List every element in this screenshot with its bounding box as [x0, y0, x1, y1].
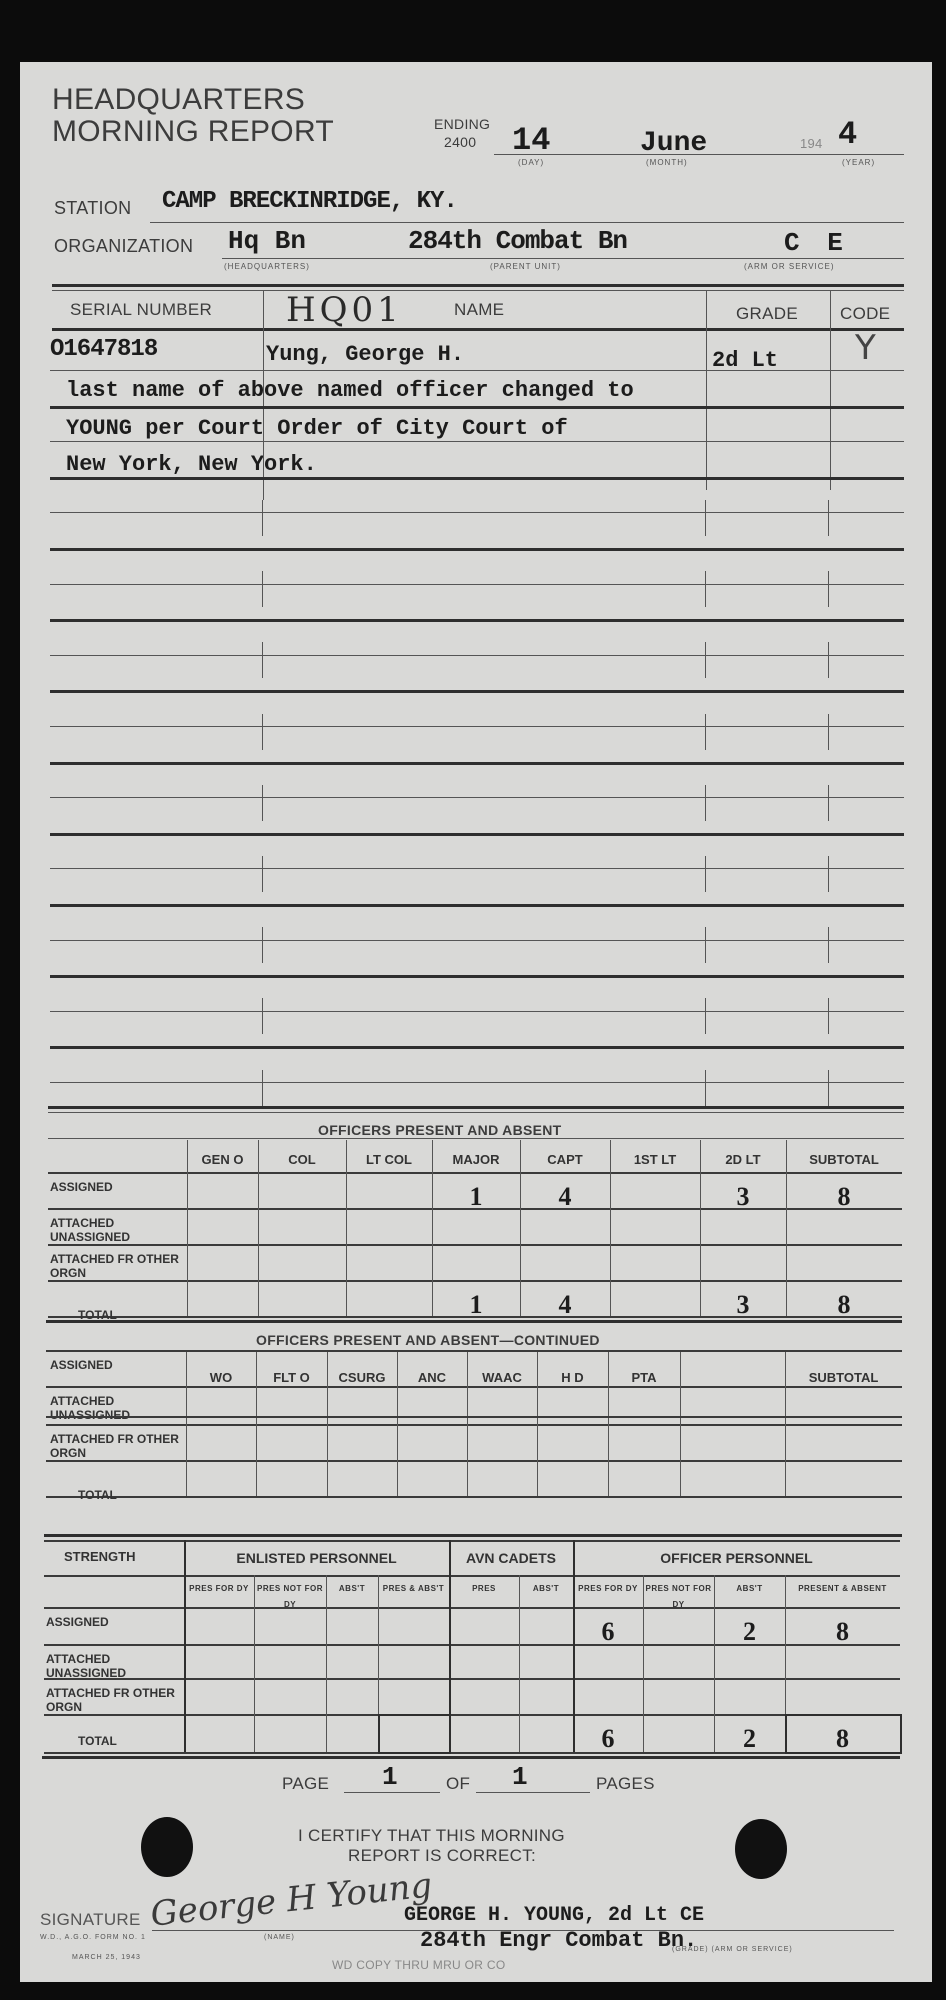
grade-divider: [706, 290, 707, 490]
page-number-line: [344, 1792, 440, 1793]
ruled-line: [50, 655, 904, 656]
officers-row-label: ATTACHED FR OTHER ORGN: [50, 1252, 183, 1280]
officers-top-rule: [48, 1106, 904, 1109]
day-value: 14: [512, 122, 550, 159]
officers-cell-value: 3: [700, 1290, 786, 1320]
parent-unit-value: 284th Combat Bn: [408, 226, 627, 256]
certify-line-2: REPORT IS CORRECT:: [348, 1846, 536, 1866]
of-label: OF: [446, 1774, 470, 1794]
ruled-line: [50, 833, 904, 836]
column-divider: [828, 714, 829, 750]
page-number: 1: [382, 1762, 398, 1792]
strength-top-rule: [44, 1540, 900, 1542]
column-divider: [262, 856, 263, 892]
officers-col-header: GEN O: [187, 1152, 258, 1167]
strength-group-header: AVN CADETS: [449, 1550, 573, 1566]
officers-continued-bottom-rule: [44, 1534, 902, 1537]
year-prefix: 194: [800, 136, 823, 151]
officers-row-rule: [48, 1172, 902, 1174]
officer-total-box: [785, 1714, 902, 1754]
ruled-line: [50, 477, 904, 480]
strength-label: STRENGTH: [64, 1550, 136, 1564]
station-line: [150, 222, 904, 223]
ruled-line: [50, 797, 904, 798]
strength-row-label: ASSIGNED: [46, 1615, 176, 1629]
strength-row-label: TOTAL: [78, 1734, 208, 1748]
officers-table-title: OFFICERS PRESENT AND ABSENT: [318, 1122, 562, 1138]
ruled-line: [50, 1046, 904, 1049]
pages-label: PAGES: [596, 1774, 655, 1794]
form-title-line2: MORNING REPORT: [52, 116, 334, 148]
column-divider: [262, 642, 263, 678]
strength-col-divider: [326, 1575, 327, 1752]
officers-continued-col-header: CSURG: [327, 1370, 397, 1385]
headquarters-value: Hq Bn: [228, 226, 306, 256]
year-digit: 4: [838, 116, 857, 153]
enlisted-total-box: [378, 1714, 451, 1754]
ruled-line: [50, 690, 904, 693]
ending-label: ENDING: [434, 116, 490, 132]
officers-cell-value: 1: [432, 1290, 520, 1320]
ruled-line: [50, 1082, 904, 1083]
strength-col-header: PRESENT & ABSENT: [785, 1581, 900, 1597]
month-caption: (MONTH): [646, 158, 688, 167]
entry-serial: O1647818: [50, 336, 157, 363]
name-caption: (NAME): [264, 1934, 295, 1941]
month-value: June: [640, 128, 707, 159]
strength-group-header: OFFICER PERSONNEL: [573, 1550, 900, 1566]
strength-col-header: ABS'T: [714, 1581, 785, 1597]
signer-unit: 284th Engr Combat Bn.: [420, 1928, 697, 1953]
column-divider: [705, 927, 706, 963]
officers-continued-col-header: H D: [537, 1370, 608, 1385]
officers-row-rule: [48, 1244, 902, 1246]
strength-cell-value: 2: [714, 1617, 785, 1647]
column-divider: [262, 571, 263, 607]
officers-row-label: ATTACHED UNASSIGNED: [50, 1216, 183, 1244]
officers-continued-col-header: PTA: [608, 1370, 680, 1385]
signature-label: SIGNATURE: [40, 1910, 141, 1930]
officers-continued-col-header: SUBTOTAL: [785, 1370, 902, 1385]
entry-code: Y: [855, 328, 876, 368]
strength-col-header: PRES FOR DY: [573, 1581, 643, 1597]
strength-col-divider: [519, 1575, 520, 1752]
ruled-line: [50, 441, 904, 442]
strength-col-header: PRES NOT FOR DY: [254, 1581, 326, 1613]
header-bottom-rule: [52, 328, 904, 331]
officers-col-header: LT COL: [346, 1152, 432, 1167]
officers-continued-row-label: ASSIGNED: [50, 1358, 182, 1372]
column-divider: [705, 714, 706, 750]
form-date: MARCH 25, 1943: [72, 1954, 141, 1961]
arm-service-caption: (ARM OR SERVICE): [744, 262, 835, 271]
officers-row-rule: [48, 1280, 902, 1282]
col-serial-number: SERIAL NUMBER: [70, 300, 212, 320]
officers-cell-value: 1: [432, 1182, 520, 1212]
code-divider: [830, 290, 831, 490]
entry-name: Yung, George H.: [266, 342, 464, 367]
officers-bottom-rule: [46, 1320, 902, 1323]
organization-label: ORGANIZATION: [54, 236, 193, 257]
strength-row-label: ATTACHED UNASSIGNED: [46, 1652, 176, 1680]
strength-row-label: ATTACHED FR OTHER ORGN: [46, 1686, 176, 1714]
column-divider: [828, 927, 829, 963]
form-title-line1: HEADQUARTERS: [52, 84, 305, 116]
column-divider: [828, 998, 829, 1034]
officers-continued-row-rule: [46, 1424, 902, 1426]
ruled-line: [50, 762, 904, 765]
serial-divider: [263, 290, 264, 500]
strength-bottom-rule: [42, 1756, 900, 1759]
column-divider: [705, 500, 706, 536]
strength-group-rule: [44, 1575, 900, 1577]
strength-col-header: PRES: [449, 1581, 519, 1597]
officers-continued-row-rule: [46, 1386, 902, 1388]
headquarters-caption: (HEADQUARTERS): [224, 262, 310, 271]
column-divider: [705, 998, 706, 1034]
strength-cell-value: 6: [573, 1617, 643, 1647]
officers-continued-col-header: WAAC: [467, 1370, 537, 1385]
officers-col-header: MAJOR: [432, 1152, 520, 1167]
column-divider: [705, 856, 706, 892]
arm-service-value: C E: [784, 228, 849, 258]
parent-unit-caption: (PARENT UNIT): [490, 262, 561, 271]
officers-cell-value: 8: [786, 1290, 902, 1320]
column-divider: [262, 998, 263, 1034]
copy-note: WD COPY THRU MRU OR CO: [332, 1958, 506, 1972]
strength-col-divider: [184, 1540, 186, 1752]
ruled-line: [50, 370, 904, 371]
officers-continued-row-rule: [46, 1350, 902, 1352]
strength-row-rule: [44, 1607, 900, 1609]
total-pages: 1: [512, 1762, 528, 1792]
officers-continued-col-header: ANC: [397, 1370, 467, 1385]
column-divider: [705, 1070, 706, 1106]
form-number: W.D., A.G.O. FORM NO. 1: [40, 1934, 146, 1941]
ruled-line: [50, 548, 904, 551]
officers-col-header: COL: [258, 1152, 346, 1167]
officers-col-header: 2D LT: [700, 1152, 786, 1167]
certify-line-1: I CERTIFY THAT THIS MORNING: [298, 1826, 565, 1846]
column-divider: [262, 785, 263, 821]
officers-continued-col-header: FLT O: [256, 1370, 327, 1385]
column-divider: [828, 785, 829, 821]
officers-continued-header-rule: [46, 1416, 902, 1418]
column-divider: [705, 571, 706, 607]
punch-hole-left: [141, 1817, 193, 1877]
officers-title-rule: [48, 1138, 904, 1139]
strength-row-rule: [44, 1714, 900, 1716]
strength-col-header: ABS'T: [326, 1581, 378, 1597]
station-value: CAMP BRECKINRIDGE, KY.: [162, 188, 457, 215]
strength-cell-value: 2: [714, 1724, 785, 1754]
officers-row-label: ASSIGNED: [50, 1180, 183, 1194]
col-grade: GRADE: [736, 304, 798, 324]
remark-line-2: YOUNG per Court Order of City Court of: [66, 416, 568, 441]
officers-col-header: 1ST LT: [610, 1152, 700, 1167]
column-divider: [828, 856, 829, 892]
year-caption: (YEAR): [842, 158, 875, 167]
signer-typed-name: GEORGE H. YOUNG, 2d Lt CE: [404, 1904, 704, 1927]
officers-col-header: CAPT: [520, 1152, 610, 1167]
officers-continued-col-header: WO: [186, 1370, 256, 1385]
column-divider: [262, 1070, 263, 1106]
officers-top-rule-thin: [48, 1112, 904, 1113]
ruled-line: [50, 904, 904, 907]
column-divider: [262, 927, 263, 963]
strength-col-header: PRES FOR DY: [184, 1581, 254, 1597]
strength-cell-value: 6: [573, 1724, 643, 1754]
ruled-line: [50, 975, 904, 978]
column-divider: [705, 785, 706, 821]
column-divider: [828, 500, 829, 536]
column-divider: [262, 714, 263, 750]
column-divider: [828, 642, 829, 678]
page-label: PAGE: [282, 1774, 329, 1794]
strength-cell-value: 8: [785, 1617, 900, 1647]
officers-col-header: SUBTOTAL: [786, 1152, 902, 1167]
officers-cell-value: 4: [520, 1290, 610, 1320]
ruled-line: [50, 940, 904, 941]
ruled-line: [50, 406, 904, 409]
officers-cell-value: 8: [786, 1182, 902, 1212]
column-divider: [828, 571, 829, 607]
entries-top-rule-thin: [52, 290, 904, 291]
ruled-line: [50, 512, 904, 513]
column-divider: [828, 1070, 829, 1106]
handwritten-hq-note: HQ01: [286, 290, 403, 330]
col-code: CODE: [840, 304, 890, 324]
strength-col-header: ABS'T: [519, 1581, 573, 1597]
ruled-line: [50, 584, 904, 585]
ruled-line: [50, 868, 904, 869]
strength-col-header: PRES & ABS'T: [378, 1581, 449, 1597]
strength-group-header: ENLISTED PERSONNEL: [184, 1550, 449, 1566]
column-divider: [705, 642, 706, 678]
total-pages-line: [476, 1792, 590, 1793]
day-caption: (DAY): [518, 158, 544, 167]
remark-line-1: last name of above named officer changed…: [66, 378, 634, 403]
col-name: NAME: [454, 300, 504, 320]
ruled-line: [50, 1011, 904, 1012]
entries-top-rule: [52, 284, 904, 287]
officers-continued-title: OFFICERS PRESENT AND ABSENT—CONTINUED: [256, 1332, 600, 1348]
officers-continued-col-divider: [680, 1352, 681, 1496]
officers-continued-row-label: TOTAL: [78, 1488, 210, 1502]
officers-continued-row-label: ATTACHED FR OTHER ORGN: [50, 1432, 182, 1460]
punch-hole-right: [735, 1819, 787, 1879]
officers-cell-value: 3: [700, 1182, 786, 1212]
ending-time: 2400: [444, 134, 476, 150]
ruled-line: [50, 619, 904, 622]
column-divider: [262, 500, 263, 536]
officers-continued-row-rule: [46, 1460, 902, 1462]
remark-line-3: New York, New York.: [66, 452, 317, 477]
organization-line: [222, 258, 904, 259]
ruled-line: [50, 726, 904, 727]
station-label: STATION: [54, 198, 131, 219]
strength-col-header: PRES NOT FOR DY: [643, 1581, 714, 1613]
officers-cell-value: 4: [520, 1182, 610, 1212]
